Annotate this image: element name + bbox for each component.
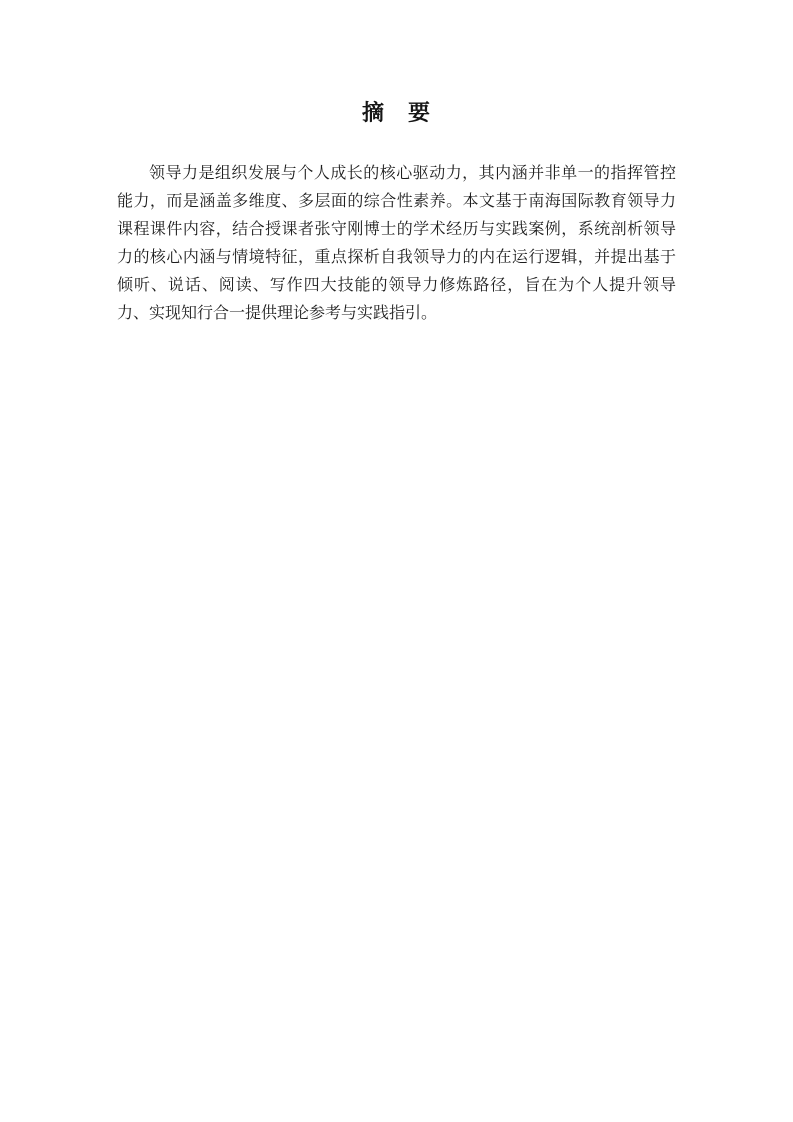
document-page: 摘 要 领导力是组织发展与个人成长的核心驱动力，其内涵并非单一的指挥管控能力，而… (0, 0, 793, 1122)
page-title: 摘 要 (117, 100, 676, 126)
abstract-paragraph: 领导力是组织发展与个人成长的核心驱动力，其内涵并非单一的指挥管控能力，而是涵盖多… (117, 160, 676, 328)
